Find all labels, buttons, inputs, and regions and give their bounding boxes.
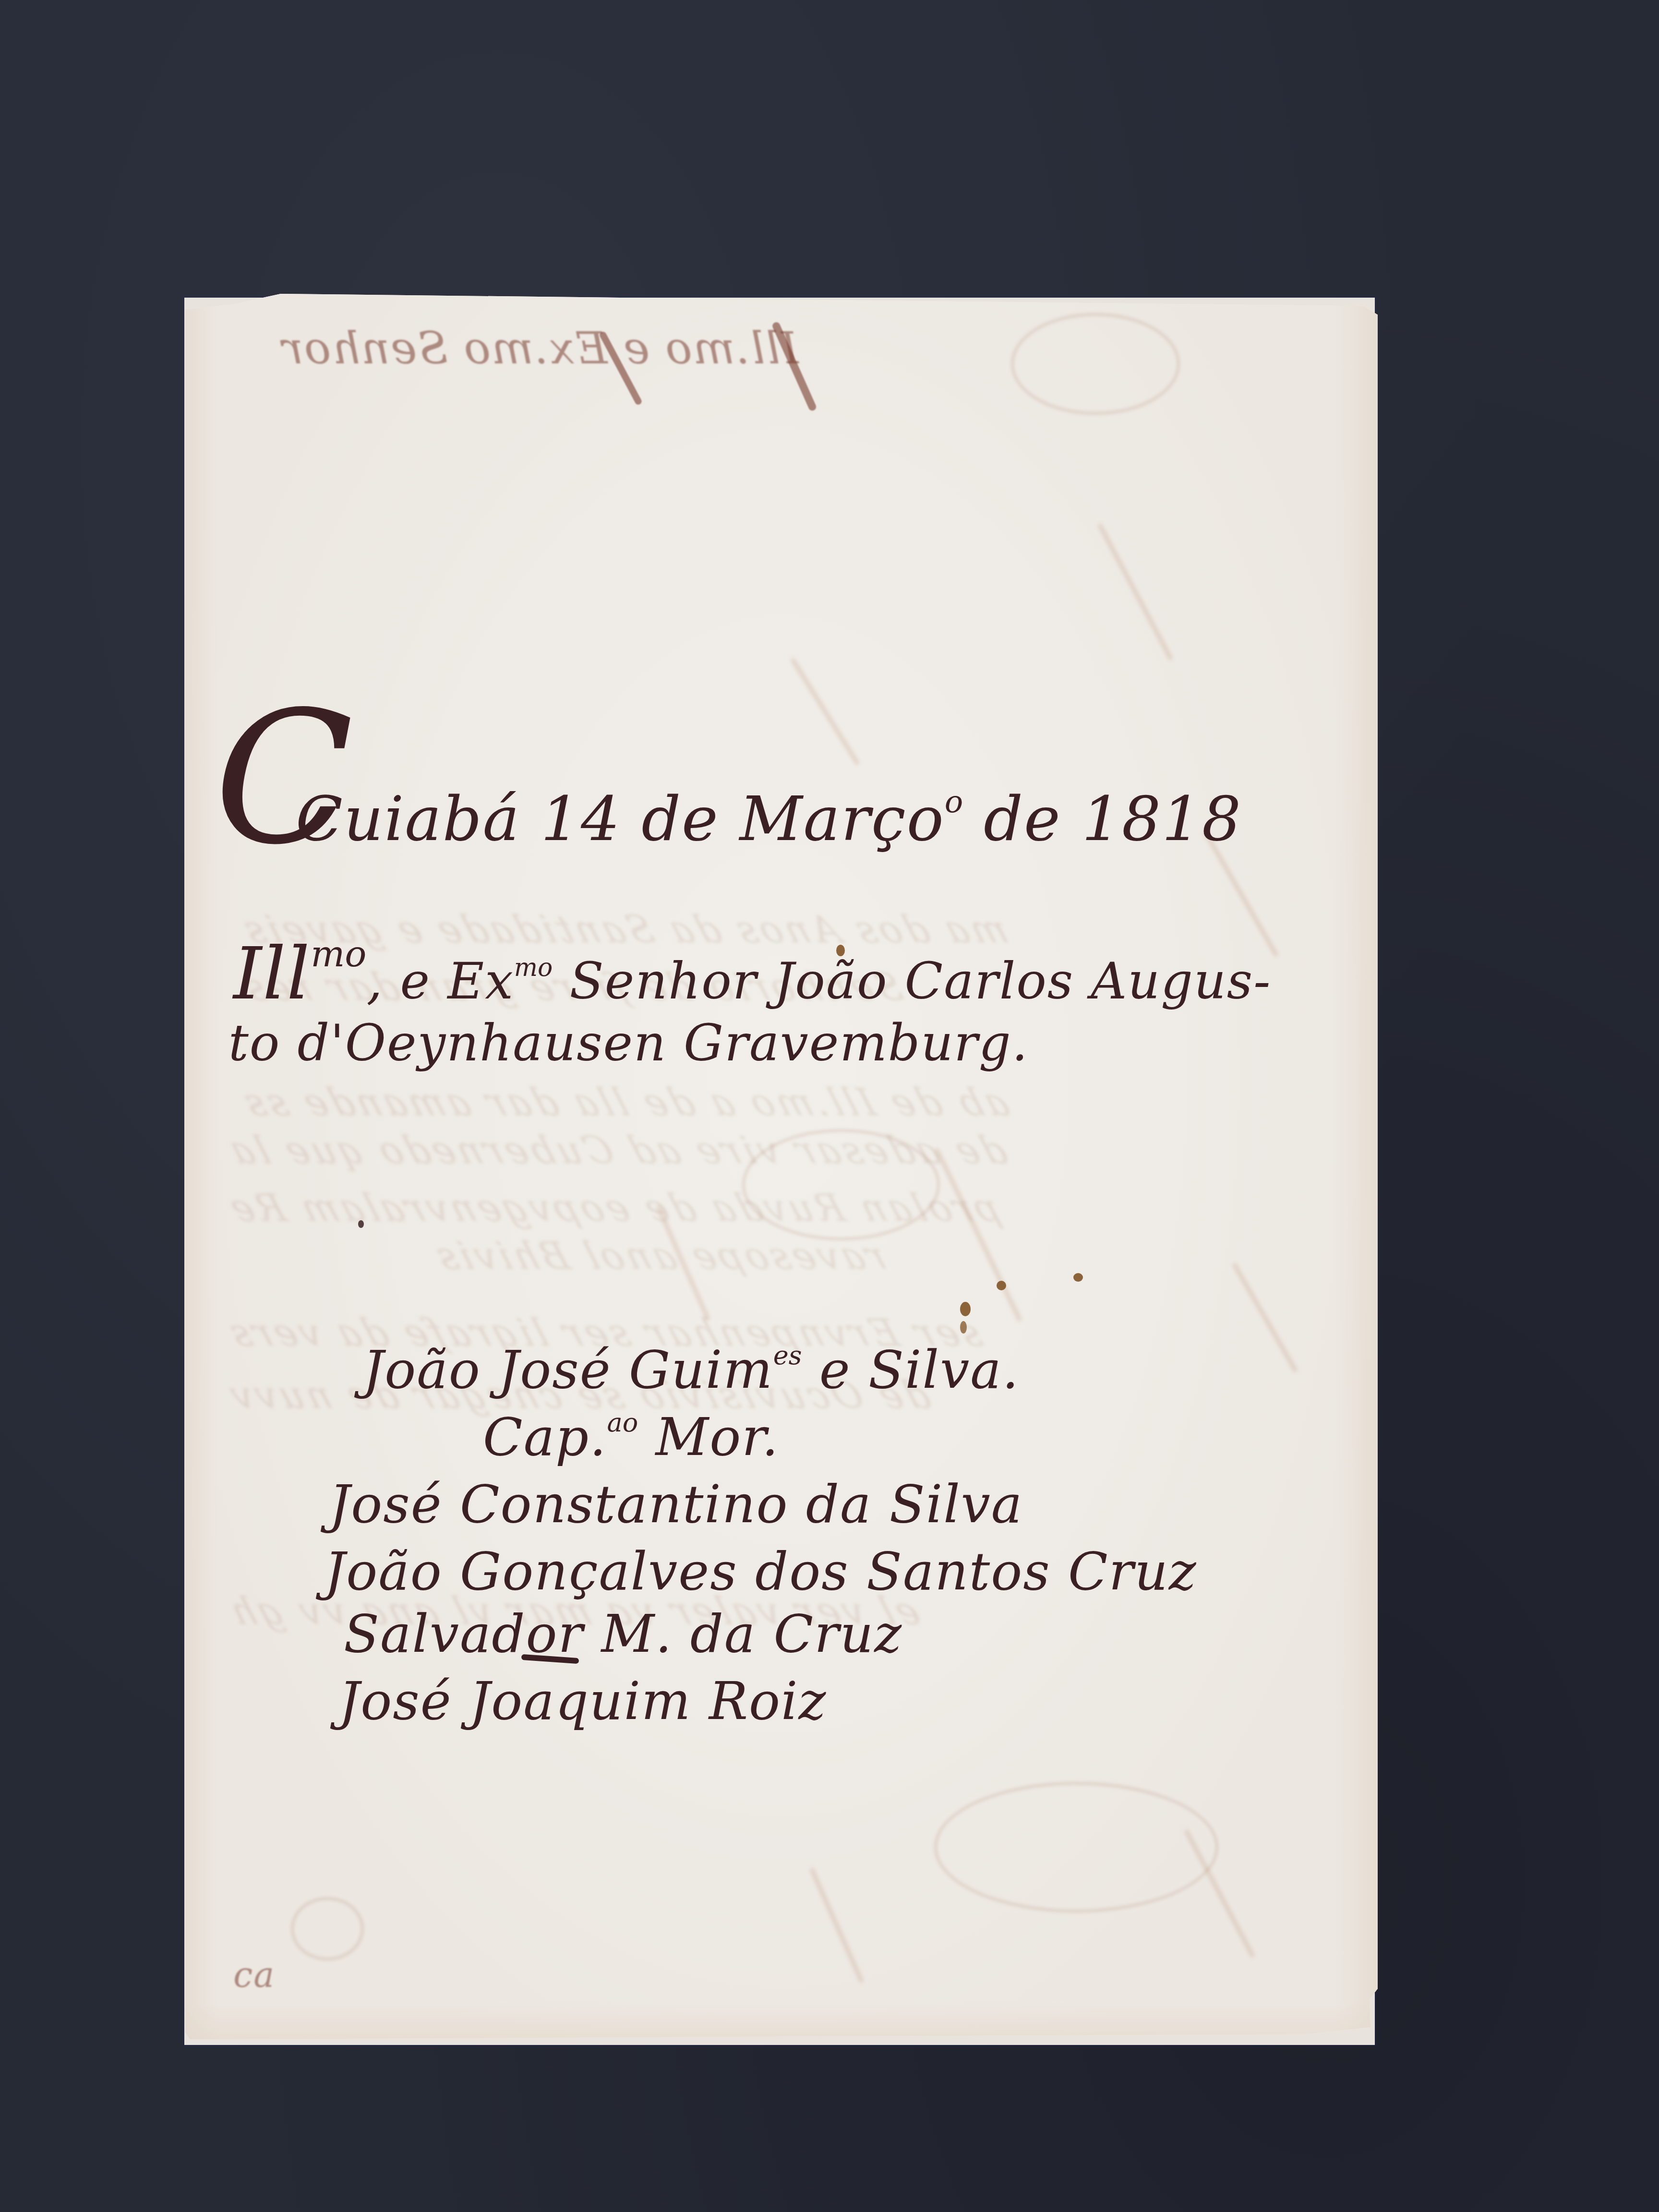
signature-1: João José Guimes e Silva. <box>363 1340 1020 1400</box>
signature-5: José Joaquim Roiz <box>339 1671 827 1731</box>
bleed-through-layer: Ill.mo e Ex.mo Senhor ma dos Anos da San… <box>185 294 1378 2041</box>
salutation-title: Senhor <box>569 952 757 1010</box>
bleed-line: prolan Ruvda de eopvgenvralam Re <box>221 1187 1005 1230</box>
bleed-stroke <box>791 658 860 766</box>
dateline-month: Marçoo <box>740 783 963 855</box>
addressee-line-2: to d'Oeynhausen Gravemburg. <box>228 1014 1029 1072</box>
signature-2: José Constantino da Silva <box>329 1475 1023 1535</box>
dateline-place: Cuiabá <box>296 783 520 855</box>
bleed-line: ab de Ill.mo a de lla dar amande ss <box>236 1081 1015 1124</box>
dark-mounting-board: Ill.mo e Ex.mo Senhor ma dos Anos da San… <box>0 0 1659 2212</box>
faint-header-bleed: Ill.mo e Ex.mo Senhor <box>281 323 799 374</box>
bleed-loop <box>1011 313 1180 415</box>
dateline-de: de <box>641 783 719 855</box>
bleed-loop <box>934 1782 1218 1912</box>
signature-4: Salvador M. da Cruz <box>344 1604 902 1664</box>
signature-3: João Gonçalves dos Santos Cruz <box>325 1542 1197 1602</box>
bleed-stroke <box>656 1205 710 1321</box>
dateline-day: 14 <box>541 783 621 855</box>
dateline: Cuiabá 14 de Marçoo de 1818 <box>296 783 1242 855</box>
addressee-line-1: Illmo, e Exmo Senhor João Carlos Augus- <box>233 932 1271 1016</box>
header-flourish-stroke <box>771 321 817 412</box>
faint-corner-mark: ca <box>233 1955 275 1995</box>
bleed-loop <box>291 1897 364 1960</box>
manuscript-page: Ill.mo e Ex.mo Senhor ma dos Anos da San… <box>185 294 1378 2041</box>
dateline-de: de <box>984 783 1061 855</box>
ink-spot <box>960 1321 967 1334</box>
signature-1-role: Cap.ao Mor. <box>483 1407 779 1467</box>
salutation-ex: Exmo <box>447 952 553 1010</box>
bleed-stroke <box>1097 523 1173 661</box>
bleed-line: ravesope anol Bhivis <box>428 1235 891 1278</box>
bleed-loop <box>742 1129 940 1240</box>
addressee-name: João Carlos Augus- <box>774 952 1272 1010</box>
bleed-stroke <box>1232 1262 1298 1372</box>
header-flourish-stroke <box>599 331 643 406</box>
dateline-year: 1818 <box>1082 783 1242 855</box>
bleed-line: de adesar vire ad Cubernedo que la <box>221 1129 1012 1172</box>
ink-spot <box>997 1281 1006 1290</box>
bleed-stroke <box>809 1867 864 1983</box>
ink-dot <box>358 1220 364 1228</box>
ink-spot <box>1073 1273 1083 1282</box>
salutation-ill: Illmo <box>233 932 366 1016</box>
bleed-stroke <box>934 1147 1022 1322</box>
bleed-stroke <box>1184 1829 1255 1958</box>
ink-spot <box>836 945 845 956</box>
ink-spot <box>960 1302 971 1316</box>
